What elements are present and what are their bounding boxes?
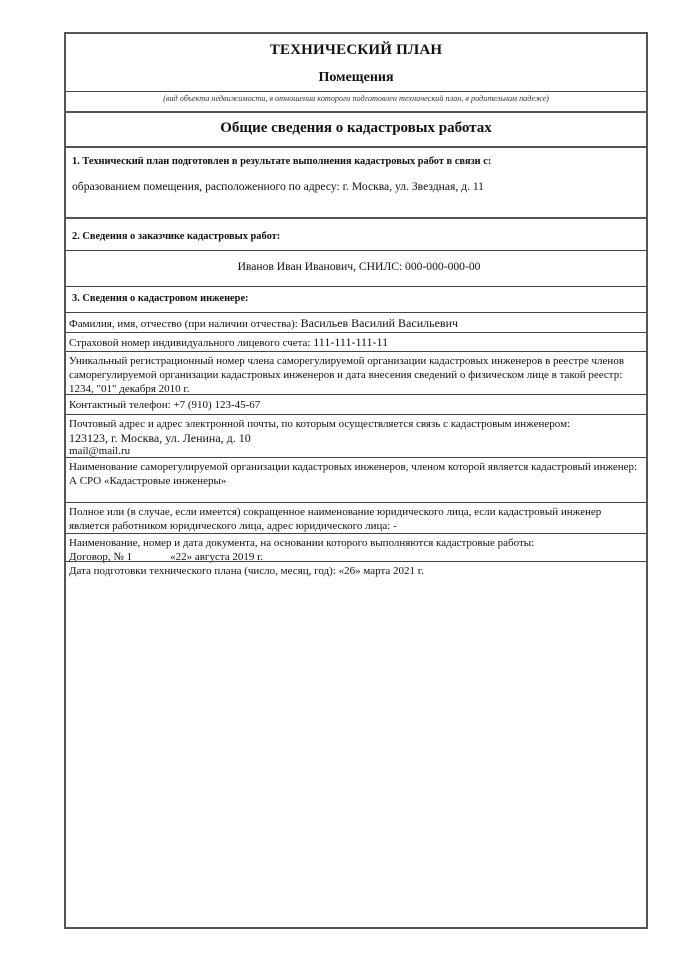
snils-value: 111-111-111-11 — [313, 335, 388, 349]
legal-entity-field: Полное или (в случае, если имеется) сокр… — [66, 505, 646, 533]
registration-field: Уникальный регистрационный номер члена с… — [66, 354, 646, 396]
object-type: Помещения — [66, 70, 646, 86]
section2-heading: 2. Сведения о заказчике кадастровых рабо… — [66, 231, 646, 242]
email-value: mail@mail.ru — [69, 446, 646, 457]
plan-date-value: «26» марта 2021 г. — [339, 565, 424, 577]
technical-plan-form: ТЕХНИЧЕСКИЙ ПЛАН Помещения (вид объекта … — [64, 32, 648, 929]
field-label: Уникальный регистрационный номер члена с… — [69, 355, 624, 381]
divider — [66, 286, 646, 287]
contract-field: Наименование, номер и дата документа, на… — [66, 536, 646, 564]
section-title: Общие сведения о кадастровых работах — [66, 120, 646, 137]
divider — [66, 91, 646, 92]
field-label: Контактный телефон: — [69, 399, 173, 411]
field-label: Полное или (в случае, если имеется) сокр… — [69, 506, 601, 532]
phone-field: Контактный телефон: +7 (910) 123-45-67 — [66, 398, 646, 412]
object-type-hint: (вид объекта недвижимости, в отношении к… — [66, 94, 646, 103]
customer-value: Иванов Иван Иванович, СНИЛС: 000-000-000… — [66, 260, 646, 273]
divider — [66, 111, 646, 113]
section1-value: образованием помещения, расположенного п… — [66, 180, 646, 193]
divider — [66, 533, 646, 534]
divider — [66, 414, 646, 415]
snils-field: Страховой номер индивидуального лицевого… — [66, 335, 646, 350]
field-label: Наименование, номер и дата документа, на… — [69, 536, 646, 550]
field-label: Почтовый адрес и адрес электронной почты… — [69, 417, 646, 431]
field-label: Наименование саморегулируемой организаци… — [69, 461, 637, 473]
divider — [66, 561, 646, 562]
field-label: Страховой номер индивидуального лицевого… — [69, 337, 313, 349]
divider — [66, 250, 646, 251]
plan-date-field: Дата подготовки технического плана (числ… — [66, 564, 646, 578]
field-label: Фамилия, имя, отчество (при наличии отче… — [69, 318, 301, 330]
divider — [66, 351, 646, 352]
field-label: Дата подготовки технического плана (числ… — [69, 565, 339, 577]
document-title: ТЕХНИЧЕСКИЙ ПЛАН — [66, 42, 646, 59]
divider — [66, 217, 646, 219]
postal-address: 123123, г. Москва, ул. Ленина, д. 10 — [69, 431, 646, 446]
section3-heading: 3. Сведения о кадастровом инженере: — [66, 293, 646, 304]
sro-field: Наименование саморегулируемой организаци… — [66, 460, 646, 488]
engineer-name: Васильев Василий Васильевич — [301, 316, 458, 330]
divider — [66, 502, 646, 503]
sro-value: А СРО «Кадастровые инженеры» — [69, 475, 226, 487]
section1-heading: 1. Технический план подготовлен в резуль… — [66, 156, 646, 167]
phone-value: +7 (910) 123-45-67 — [173, 399, 260, 411]
engineer-name-field: Фамилия, имя, отчество (при наличии отче… — [66, 316, 646, 331]
divider — [66, 394, 646, 395]
divider — [66, 146, 646, 148]
address-field: Почтовый адрес и адрес электронной почты… — [66, 417, 646, 457]
legal-entity-value: - — [393, 520, 397, 532]
divider — [66, 457, 646, 458]
divider — [66, 332, 646, 333]
divider — [66, 312, 646, 313]
